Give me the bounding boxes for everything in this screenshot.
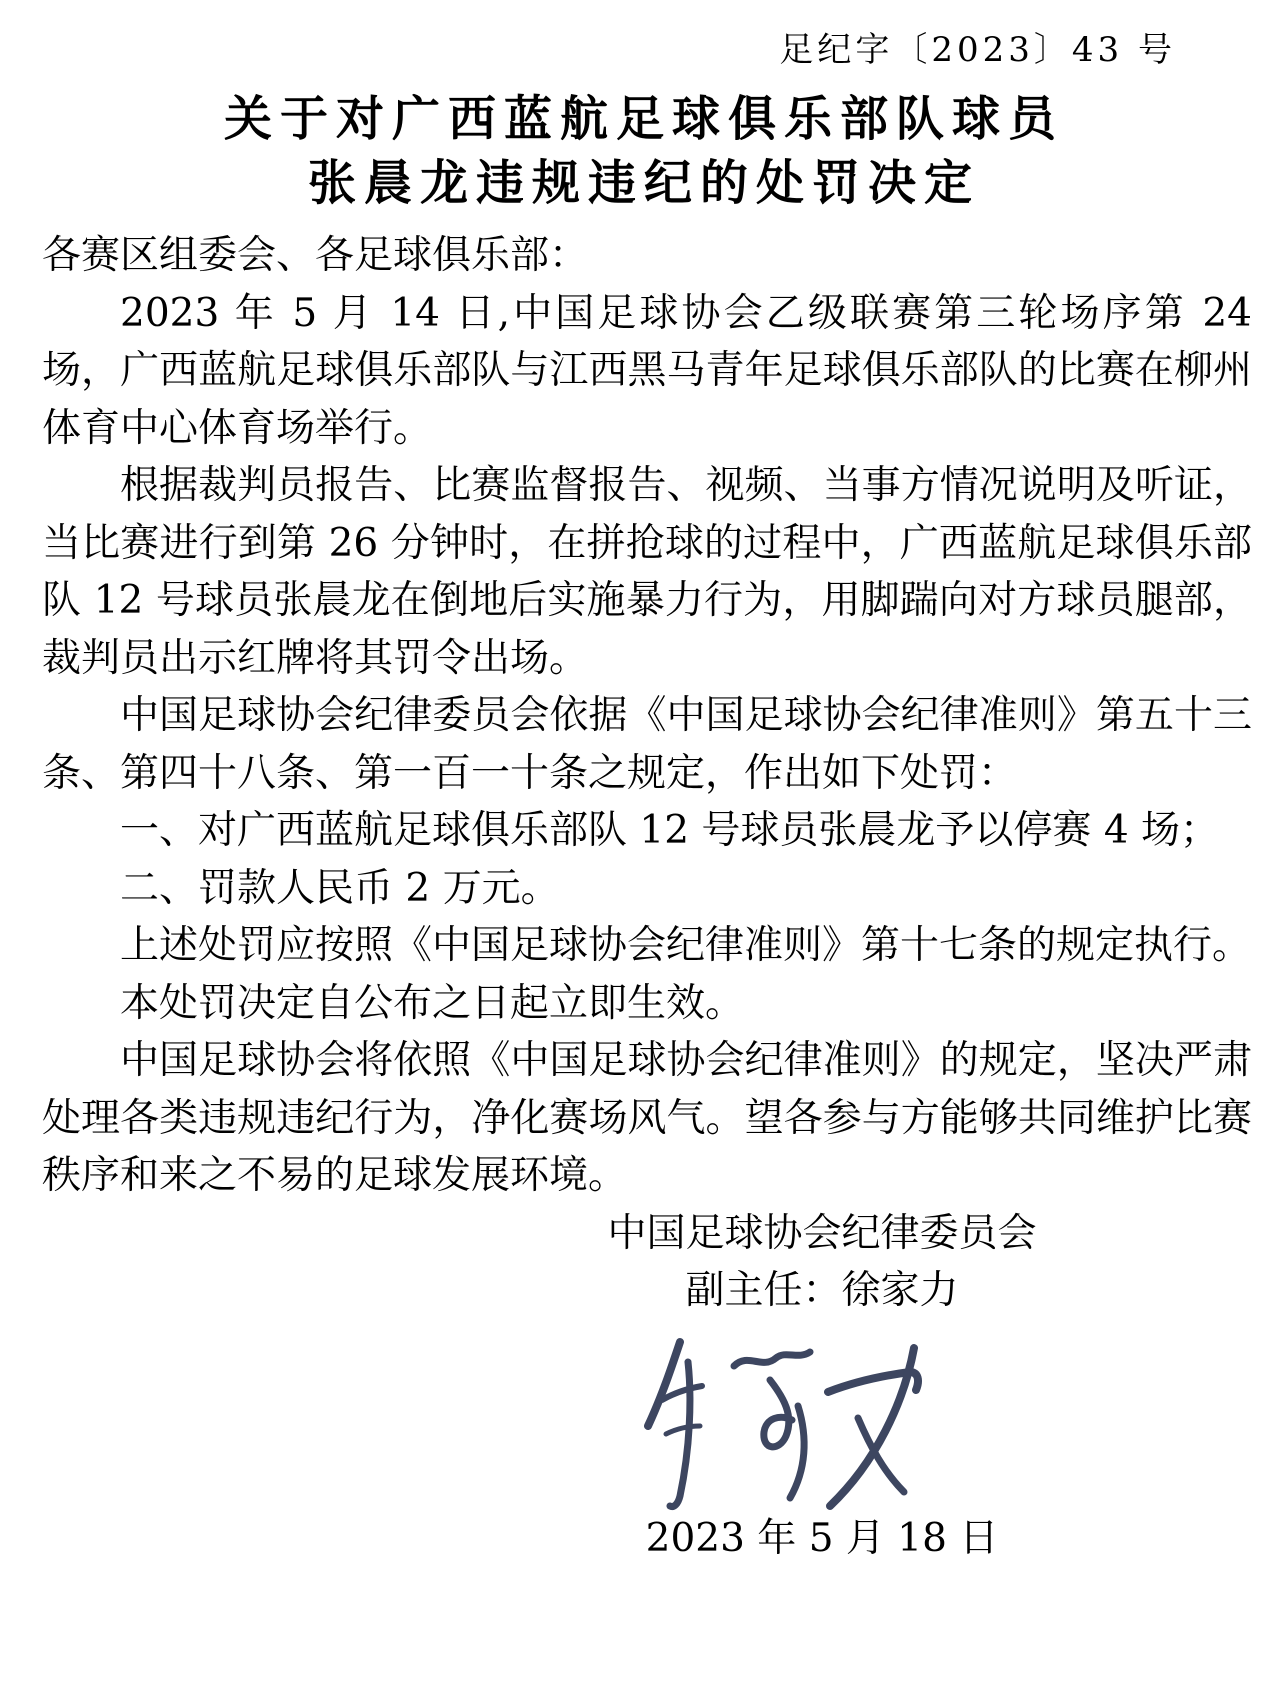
signoff-block: 中国足球协会纪律委员会 副主任：徐家力 bbox=[602, 1205, 1042, 1568]
signature-image bbox=[622, 1314, 942, 1514]
handwritten-signature bbox=[562, 1314, 1002, 1514]
paragraph-effective: 本处罚决定自公布之日起立即生效。 bbox=[42, 975, 1252, 1033]
doc-title-line2: 张晨龙违规违纪的处罚决定 bbox=[0, 151, 1288, 215]
doc-body: 各赛区组委会、各足球俱乐部： 2023 年 5 月 14 日,中国足球协会乙级联… bbox=[42, 227, 1252, 1205]
signoff-organization: 中国足球协会纪律委员会 bbox=[602, 1205, 1042, 1263]
paragraph-match-info: 2023 年 5 月 14 日,中国足球协会乙级联赛第三轮场序第 24 场，广西… bbox=[42, 285, 1252, 458]
signoff-signer-title: 副主任：徐家力 bbox=[602, 1262, 1042, 1320]
doc-title-line1: 关于对广西蓝航足球俱乐部队球员 bbox=[0, 87, 1288, 151]
paragraph-basis: 中国足球协会纪律委员会依据《中国足球协会纪律准则》第五十三条、第四十八条、第一百… bbox=[42, 687, 1252, 802]
doc-date: 2023 年 5 月 18 日 bbox=[602, 1510, 1042, 1568]
paragraph-incident: 根据裁判员报告、比赛监督报告、视频、当事方情况说明及听证，当比赛进行到第 26 … bbox=[42, 457, 1252, 687]
doc-number: 足纪字〔2023〕43 号 bbox=[0, 0, 1288, 71]
doc-title: 关于对广西蓝航足球俱乐部队球员 张晨龙违规违纪的处罚决定 bbox=[0, 87, 1288, 215]
paragraph-execution: 上述处罚应按照《中国足球协会纪律准则》第十七条的规定执行。 bbox=[42, 917, 1252, 975]
paragraph-penalty-1: 一、对广西蓝航足球俱乐部队 12 号球员张晨龙予以停赛 4 场； bbox=[42, 802, 1252, 860]
paragraph-penalty-2: 二、罚款人民币 2 万元。 bbox=[42, 860, 1252, 918]
salutation: 各赛区组委会、各足球俱乐部： bbox=[42, 227, 1252, 285]
document-page: 足纪字〔2023〕43 号 关于对广西蓝航足球俱乐部队球员 张晨龙违规违纪的处罚… bbox=[0, 0, 1288, 1703]
paragraph-closing: 中国足球协会将依照《中国足球协会纪律准则》的规定，坚决严肃处理各类违规违纪行为，… bbox=[42, 1032, 1252, 1205]
